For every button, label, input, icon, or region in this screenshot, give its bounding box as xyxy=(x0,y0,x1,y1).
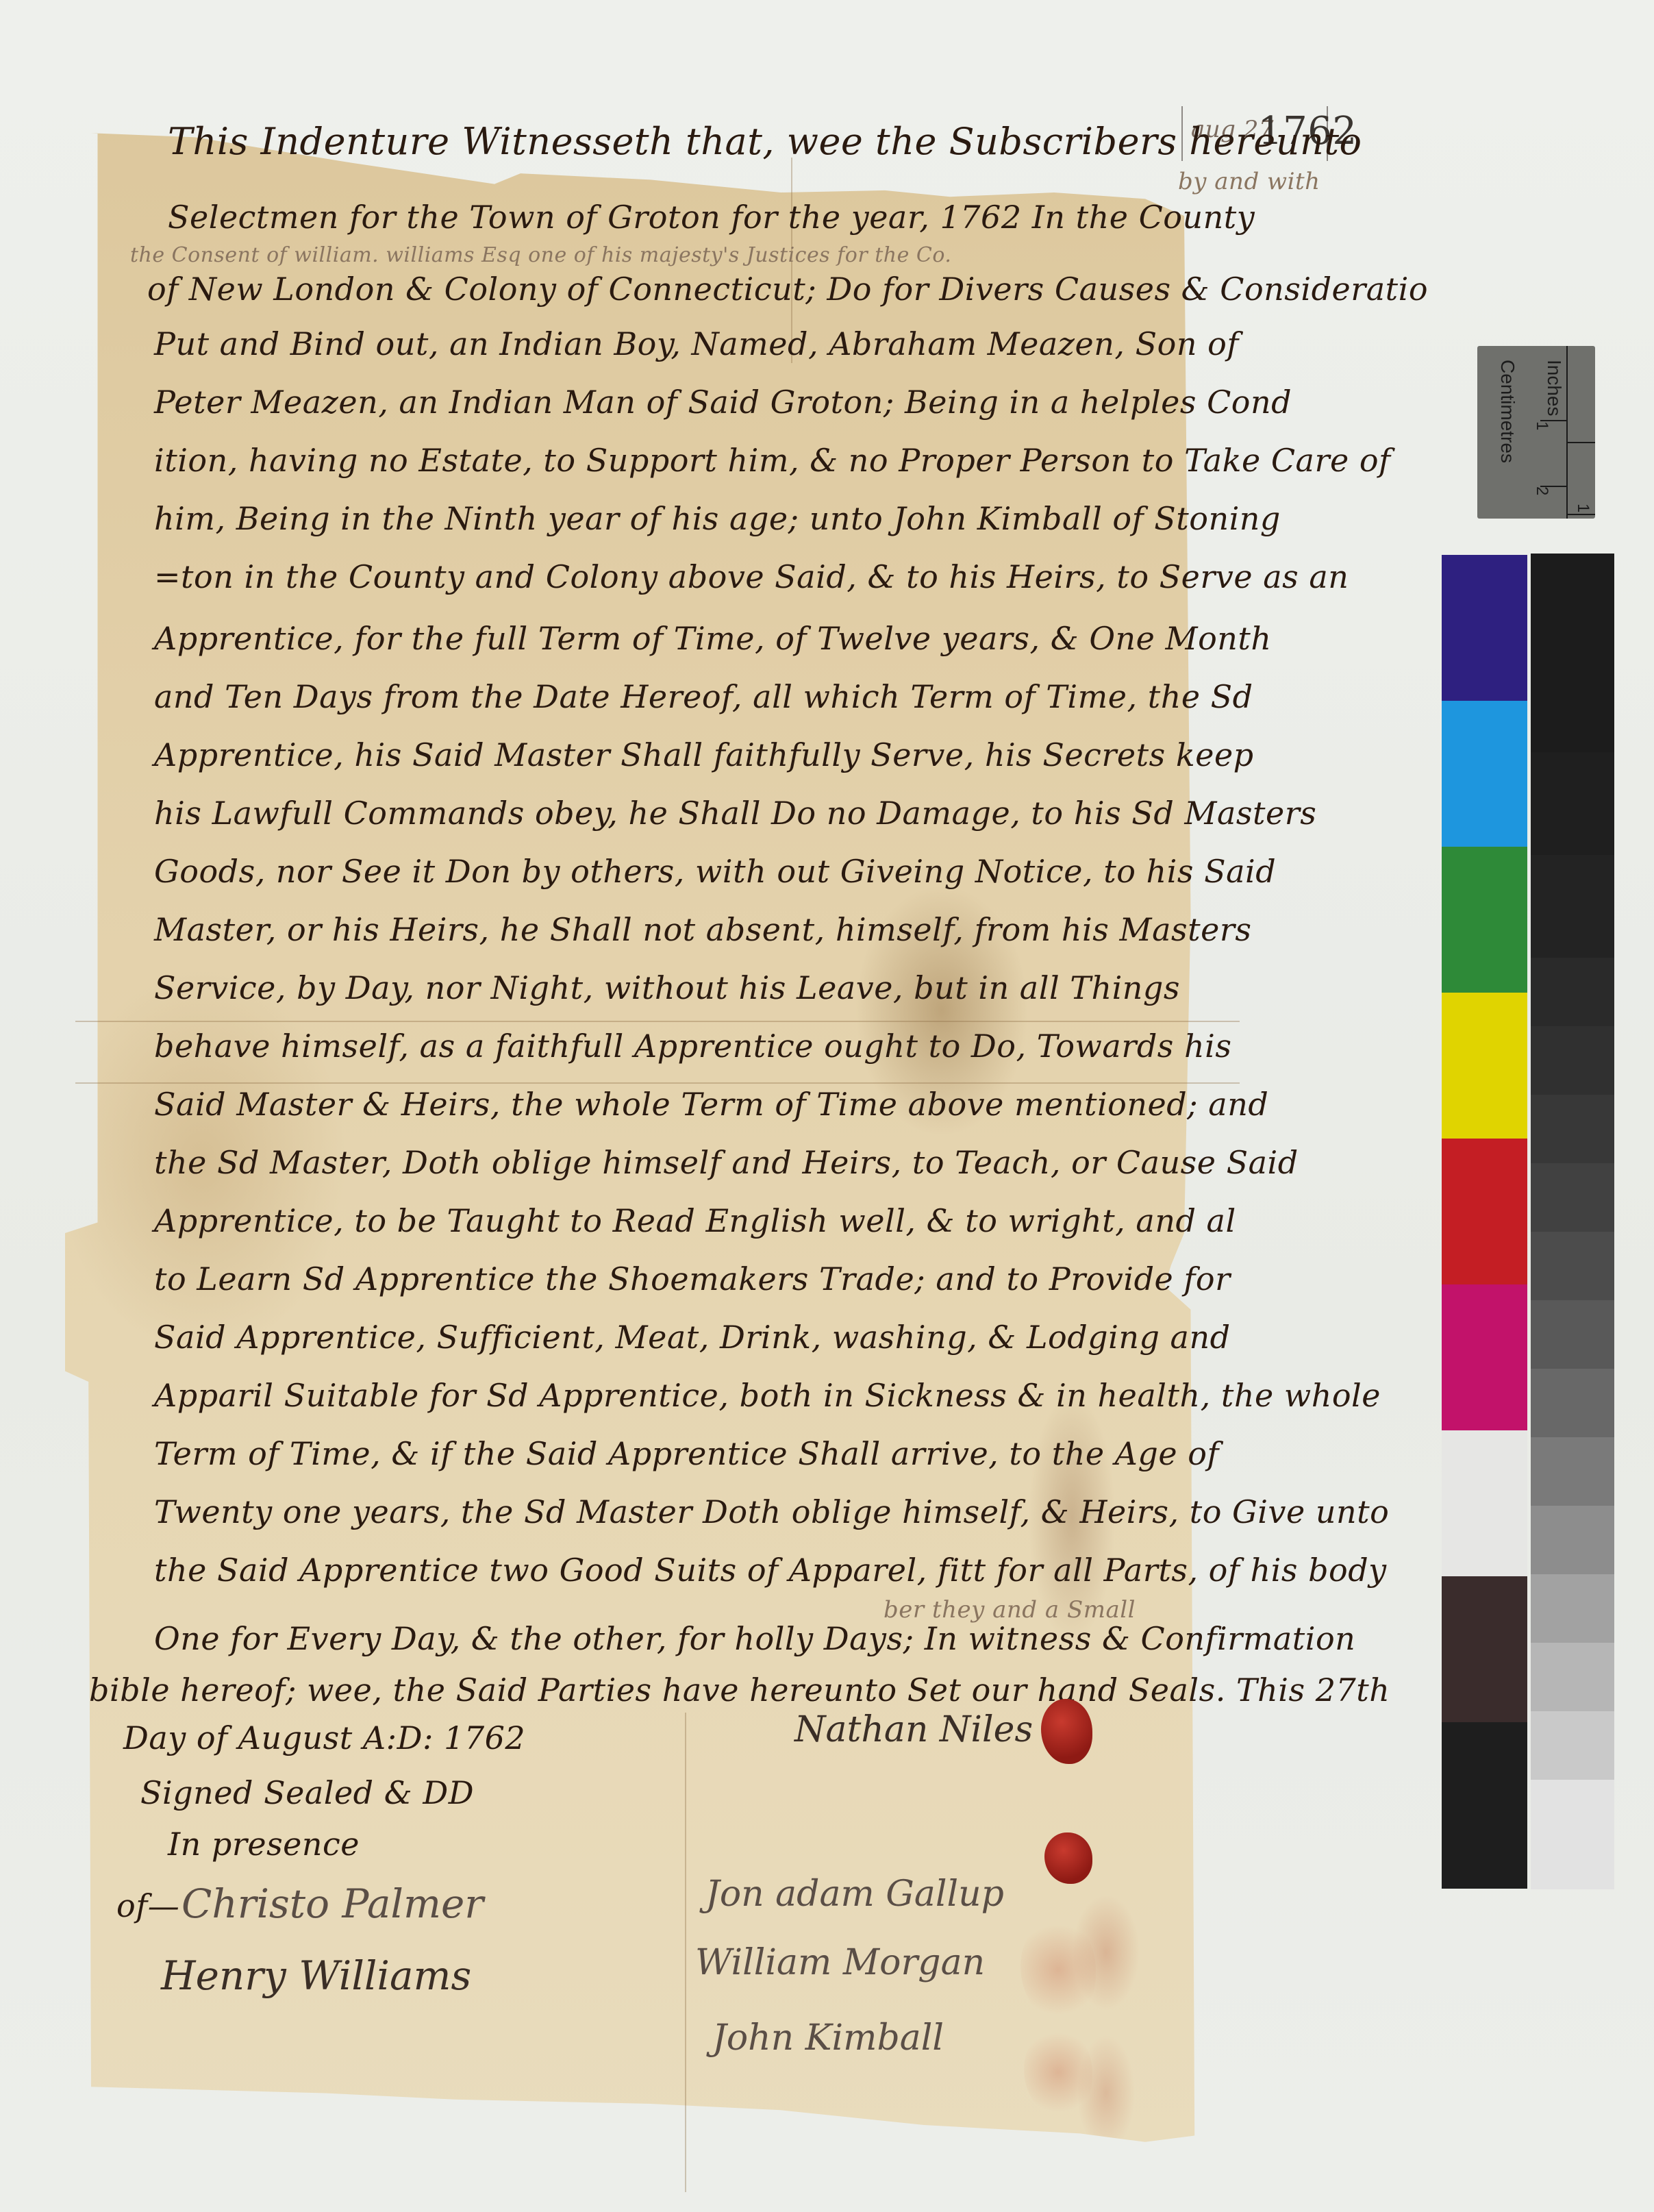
ruler-baseline xyxy=(1566,346,1568,519)
scale-ruler: Inches Centimetres 1 2 1 xyxy=(1477,346,1595,519)
gray-step xyxy=(1531,1437,1614,1506)
ruler-inches-label: Inches xyxy=(1543,360,1565,417)
body-line: to Learn Sd Apprentice the Shoemakers Tr… xyxy=(154,1260,1231,1297)
gray-step xyxy=(1531,1163,1614,1232)
gray-step xyxy=(1531,1232,1614,1300)
gray-step xyxy=(1531,855,1614,958)
body-line: the Said Apprentice two Good Suits of Ap… xyxy=(154,1552,1387,1589)
ruler-inch-mark: 1 xyxy=(1573,504,1592,512)
gray-step xyxy=(1531,1026,1614,1095)
gray-step xyxy=(1531,1711,1614,1780)
fold-crease xyxy=(75,1021,1240,1022)
signatory-signature: Nathan Niles xyxy=(794,1709,1033,1750)
gray-step xyxy=(1531,1643,1614,1711)
ruler-cm-mark: 1 xyxy=(1532,421,1551,430)
body-line: =ton in the County and Colony above Said… xyxy=(154,558,1349,595)
gray-step xyxy=(1531,1369,1614,1437)
color-swatch-blue-violet xyxy=(1442,555,1527,701)
body-line: and Ten Days from the Date Hereof, all w… xyxy=(154,678,1253,715)
interlineation: the Consent of william. williams Esq one… xyxy=(130,243,951,267)
ruler-tick xyxy=(1568,442,1595,443)
signatory-signature: John Kimball xyxy=(712,2017,944,2059)
body-line: behave himself, as a faithfull Apprentic… xyxy=(154,1028,1231,1065)
body-line: Apparil Suitable for Sd Apprentice, both… xyxy=(154,1377,1381,1414)
wax-seal xyxy=(1041,1699,1092,1764)
body-line: his Lawfull Commands obey, he Shall Do n… xyxy=(154,795,1316,832)
ruler-tick xyxy=(1540,486,1566,487)
ruler-cm-mark: 2 xyxy=(1532,486,1551,495)
body-line: Apprentice, his Said Master Shall faithf… xyxy=(154,736,1254,773)
body-line: Goods, nor See it Don by others, with ou… xyxy=(154,853,1276,890)
body-line: One for Every Day, & the other, for holl… xyxy=(154,1620,1355,1657)
of-label: of— xyxy=(116,1887,179,1924)
body-line: Apprentice, for the full Term of Time, o… xyxy=(154,620,1272,657)
body-line: bible hereof; wee, the Said Parties have… xyxy=(89,1672,1390,1708)
body-line: Master, or his Heirs, he Shall not absen… xyxy=(154,911,1251,948)
body-line: Peter Meazen, an Indian Man of Said Grot… xyxy=(154,384,1292,421)
body-line: the Sd Master, Doth oblige himself and H… xyxy=(154,1144,1299,1181)
ruler-tick xyxy=(1540,420,1566,421)
presence-line: In presence xyxy=(168,1826,360,1863)
ruler-tick xyxy=(1568,514,1595,515)
signed-sealed-line: Signed Sealed & DD xyxy=(140,1774,474,1811)
grayscale-strip xyxy=(1531,554,1614,1889)
gray-step xyxy=(1531,752,1614,855)
body-line: him, Being in the Ninth year of his age;… xyxy=(154,500,1281,537)
gray-step xyxy=(1531,1780,1614,1889)
interlineation: ber they and a Small xyxy=(884,1596,1136,1624)
gray-step xyxy=(1531,958,1614,1026)
gray-step xyxy=(1531,1506,1614,1574)
color-swatch-green xyxy=(1442,847,1527,993)
color-swatch-cyan xyxy=(1442,701,1527,847)
ruler-centimetres-label: Centimetres xyxy=(1496,360,1518,463)
body-line: Apprentice, to be Taught to Read English… xyxy=(154,1202,1236,1239)
date-line: Day of August A:D: 1762 xyxy=(123,1719,525,1756)
color-swatch-magenta xyxy=(1442,1284,1527,1430)
color-swatch-black xyxy=(1442,1722,1527,1889)
signatory-signature: William Morgan xyxy=(695,1942,985,1983)
body-line: of New London & Colony of Connecticut; D… xyxy=(147,271,1428,308)
witness-signature: Henry Williams xyxy=(161,1952,471,1999)
body-line: Put and Bind out, an Indian Boy, Named, … xyxy=(154,325,1239,362)
body-line: Selectmen for the Town of Groton for the… xyxy=(168,199,1255,236)
fold-crease xyxy=(685,1713,686,2192)
body-line: Said Apprentice, Sufficient, Meat, Drink… xyxy=(154,1319,1231,1356)
body-line: This Indenture Witnesseth that, wee the … xyxy=(168,120,1362,163)
gray-step xyxy=(1531,1574,1614,1643)
color-swatch-yellow xyxy=(1442,993,1527,1139)
body-line: ition, having no Estate, to Support him,… xyxy=(154,442,1391,479)
gray-step xyxy=(1531,1300,1614,1369)
body-line: Twenty one years, the Sd Master Doth obl… xyxy=(154,1493,1389,1530)
interlineation: by and with xyxy=(1178,168,1320,195)
gray-step xyxy=(1531,554,1614,752)
color-swatch-brown-black xyxy=(1442,1576,1527,1722)
wax-seal xyxy=(1044,1832,1092,1884)
body-line: Term of Time, & if the Said Apprentice S… xyxy=(154,1435,1219,1472)
fold-crease xyxy=(75,1082,1240,1084)
body-line: Service, by Day, nor Night, without his … xyxy=(154,969,1180,1006)
body-line: Said Master & Heirs, the whole Term of T… xyxy=(154,1086,1268,1123)
gray-step xyxy=(1531,1095,1614,1163)
witness-signature: Christo Palmer xyxy=(181,1880,484,1927)
signatory-signature: Jon adam Gallup xyxy=(705,1874,1004,1915)
color-swatch-white xyxy=(1442,1430,1527,1576)
color-swatch-red xyxy=(1442,1139,1527,1284)
